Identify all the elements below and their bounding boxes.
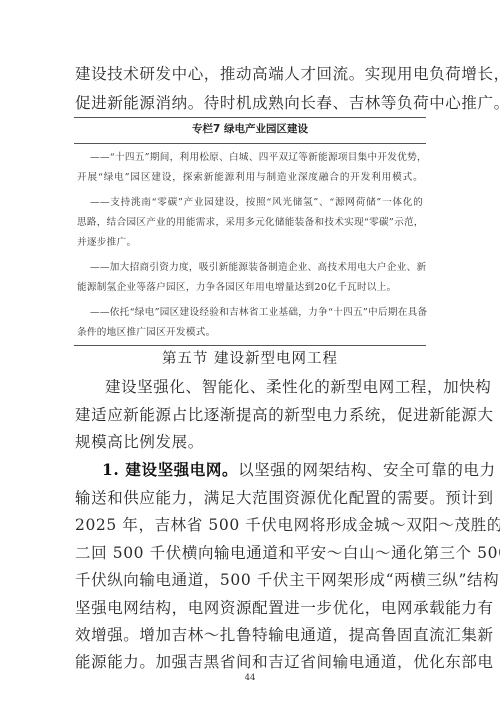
- box-item-line: ——“十四五”期间，利用松原、白城、四平双辽等新能源项目集中开发优势，: [90, 151, 423, 165]
- item1-bold-label: 1. 建设坚强电网。: [102, 460, 238, 480]
- box-bottom-rule: [74, 345, 426, 346]
- item1-first-line: 1. 建设坚强电网。 以坚强的网架结构、安全可靠的电力: [102, 460, 427, 480]
- body-text-line: 促进新能源消纳。待时机成熟向长春、吉林等负荷中心推广。: [75, 93, 427, 113]
- document-page: 建设技术研发中心，推动高端人才回流。实现用电负荷增长， 促进新能源消纳。待时机成…: [0, 0, 500, 707]
- box-item-line: 能源制氢企业等落户园区，力争各园区年用电增量达到20亿千瓦时以上。: [77, 281, 423, 295]
- box-title-rule: [74, 143, 426, 144]
- body-text-line: 输送和供应能力，满足大范围资源优化配置的需要。预计到: [75, 488, 427, 508]
- body-text-line: 建设坚强化、智能化、柔性化的新型电网工程，加快构: [105, 377, 427, 397]
- box-item-line: ——支持洮南“零碳”产业园建设，按照“风光储氢”、“源网荷储”一体化的: [90, 196, 423, 210]
- box-title: 专栏7 绿电产业园区建设: [74, 121, 426, 137]
- body-text-line: 规模高比例发展。: [75, 432, 427, 452]
- body-text-line: 建适应新能源占比逐渐提高的新型电力系统，促进新能源大: [75, 405, 427, 425]
- body-text-line: 二回 500 千伏横向输电通道和平安～白山～通化第三个 500: [75, 543, 427, 563]
- section-heading: 第五节 建设新型电网工程: [74, 349, 426, 369]
- box-item-line: 并逐步推广。: [77, 236, 423, 250]
- body-text-line: 千伏纵向输电通道，500 千伏主干网架形成“两横三纵”结构: [75, 570, 427, 590]
- body-text-line: 能源能力。加强吉黑省间和吉辽省间输电通道，优化东部电: [75, 652, 427, 672]
- body-text-line: 2025 年，吉林省 500 千伏电网将形成金城～双阳～茂胜的第: [75, 515, 427, 535]
- box-item-line: 思路，结合园区产业的用能需求，采用多元化储能装备和技术实现“零碳”示范，: [77, 216, 423, 230]
- box-item-line: 开展“绿电”园区建设，探索新能源利用与制造业深度融合的开发利用模式。: [77, 171, 423, 185]
- page-number: 44: [0, 673, 500, 683]
- item1-first-text: 以坚强的网架结构、安全可靠的电力: [238, 460, 496, 480]
- box-item-line: 条件的地区推广园区开发模式。: [77, 326, 423, 340]
- box-item-line: ——依托“绿电”园区建设经验和吉林省工业基础，力争“十四五”中后期在具备: [90, 306, 423, 320]
- body-text-line: 效增强。增加吉林～扎鲁特输电通道，提高鲁固直流汇集新: [75, 625, 427, 645]
- box-top-rule: [74, 117, 426, 118]
- body-text-line: 建设技术研发中心，推动高端人才回流。实现用电负荷增长，: [75, 64, 427, 84]
- body-text-line: 坚强电网结构，电网资源配置进一步优化，电网承载能力有: [75, 598, 427, 618]
- box-item-line: ——加大招商引资力度，吸引新能源装备制造企业、高技术用电大户企业、新: [90, 261, 423, 275]
